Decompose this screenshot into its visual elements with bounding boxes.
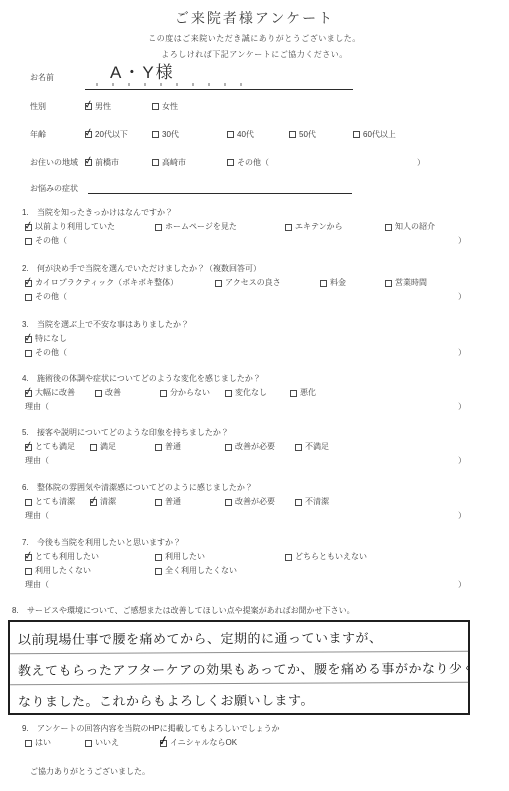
- checkbox-option[interactable]: 悪化: [290, 386, 316, 400]
- checkbox-option[interactable]: 特になし: [25, 332, 67, 346]
- checkbox-option[interactable]: 20代以下: [85, 129, 152, 140]
- question-text: 当院を選ぶ上で不安な事はありましたか？: [37, 318, 189, 332]
- checkbox-icon[interactable]: [25, 238, 32, 245]
- checkbox-label: 知人の紹介: [395, 220, 435, 234]
- question-6: 6. 整体院の雰囲気や清潔感についてどのように感じましたか？ とても清潔 清潔 …: [22, 481, 466, 523]
- checkbox-label: その他（: [35, 234, 67, 248]
- checkbox-icon[interactable]: [385, 280, 392, 287]
- checkbox-label: はい: [35, 736, 51, 750]
- checkbox-icon[interactable]: [90, 499, 97, 506]
- checkbox-option[interactable]: 全く利用したくない: [155, 564, 237, 578]
- checkbox-icon[interactable]: [25, 554, 32, 561]
- checkbox-icon[interactable]: [25, 350, 32, 357]
- checkbox-option[interactable]: 30代: [152, 129, 227, 140]
- symptom-label: お悩みの症状: [30, 183, 78, 194]
- checkbox-option[interactable]: 普通: [155, 440, 225, 454]
- checkbox-option[interactable]: 分からない: [160, 386, 225, 400]
- checkbox-option[interactable]: 知人の紹介: [385, 220, 435, 234]
- checkbox-label: エキテンから: [295, 220, 343, 234]
- checkbox-option[interactable]: 不満足: [295, 440, 329, 454]
- question-text-row: 6. 整体院の雰囲気や清潔感についてどのように感じましたか？: [22, 481, 466, 495]
- checkbox-option[interactable]: とても清潔: [25, 495, 90, 509]
- question-number: 9.: [22, 722, 37, 736]
- checkbox-option[interactable]: 利用したくない: [25, 564, 155, 578]
- checkbox-label: とても清潔: [35, 495, 75, 509]
- close-paren: ）: [458, 400, 466, 414]
- checkbox-icon[interactable]: [155, 224, 162, 231]
- checkbox-icon[interactable]: [25, 224, 32, 231]
- checkbox-icon[interactable]: [155, 568, 162, 575]
- checkbox-label: とても利用したい: [35, 550, 99, 564]
- checkbox-icon[interactable]: [295, 444, 302, 451]
- checkbox-icon[interactable]: [152, 159, 159, 166]
- other-row: その他（ ）: [25, 346, 466, 360]
- checkbox-icon[interactable]: [90, 444, 97, 451]
- checkbox-icon[interactable]: [155, 444, 162, 451]
- checkbox-option[interactable]: 利用したい: [155, 550, 285, 564]
- question-text-row: 4. 施術後の体調や症状についてどのような変化を感じましたか？: [22, 372, 466, 386]
- checkbox-label: どちらともいえない: [295, 550, 367, 564]
- header-subtitle-2: よろしければ下記アンケートにご協力ください。: [0, 49, 509, 60]
- handwritten-comment-line-1: 以前現場仕事で腰を痛めてから、定期的に通っていますが、: [10, 621, 468, 654]
- close-paren: ）: [458, 290, 466, 304]
- checkbox-label: その他（: [237, 157, 269, 168]
- checkbox-label: とても満足: [35, 440, 75, 454]
- checkbox-label: 60代以上: [363, 129, 396, 140]
- checkbox-icon[interactable]: [85, 131, 92, 138]
- options-row: とても満足 満足 普通 改善が必要 不満足: [25, 440, 466, 454]
- checkbox-option[interactable]: 改善: [95, 386, 160, 400]
- reason-label: 理由（: [25, 454, 49, 468]
- checkbox-label: 清潔: [100, 495, 116, 509]
- checkbox-icon[interactable]: [25, 499, 32, 506]
- checkbox-option[interactable]: はい: [25, 736, 85, 750]
- checkbox-icon[interactable]: [227, 131, 234, 138]
- checkbox-option[interactable]: その他（: [25, 234, 67, 248]
- checkbox-icon[interactable]: [160, 390, 167, 397]
- checkbox-option[interactable]: 改善が必要: [225, 440, 295, 454]
- checkbox-option[interactable]: 満足: [90, 440, 155, 454]
- checkbox-icon[interactable]: [225, 444, 232, 451]
- checkbox-icon[interactable]: [225, 499, 232, 506]
- question-7: 7. 今後も当院を利用したいと思いますか？ とても利用したい 利用したい どちら…: [22, 536, 466, 592]
- gender-label: 性別: [30, 101, 85, 112]
- reason-row: 理由（ ）: [25, 454, 466, 468]
- checkbox-icon[interactable]: [25, 336, 32, 343]
- question-text-row: 8. サービスや環境について、ご感想または改善してほしい点や提案があればお聞かせ…: [12, 604, 468, 618]
- checkbox-icon[interactable]: [285, 224, 292, 231]
- reason-row: 理由（ ）: [25, 578, 466, 592]
- options-row: はい いいえ イニシャルならOK: [25, 736, 466, 750]
- checkbox-option[interactable]: 男性: [85, 101, 152, 112]
- comment-box[interactable]: 以前現場仕事で腰を痛めてから、定期的に通っていますが、 教えてもらったアフターケ…: [8, 620, 470, 715]
- checkbox-label: 男性: [95, 101, 111, 112]
- checkbox-label: 営業時間: [395, 276, 427, 290]
- question-text: サービスや環境について、ご感想または改善してほしい点や提案があればお聞かせ下さい…: [27, 604, 355, 618]
- page-title: ご来院者様アンケート: [0, 8, 509, 28]
- checkbox-icon[interactable]: [25, 444, 32, 451]
- checkbox-icon[interactable]: [152, 103, 159, 110]
- checkbox-icon[interactable]: [85, 103, 92, 110]
- checkbox-label: 満足: [100, 440, 116, 454]
- checkbox-label: 料金: [330, 276, 346, 290]
- question-text-row: 7. 今後も当院を利用したいと思いますか？: [22, 536, 466, 550]
- question-text: 何が決め手で当院を選んでいただけましたか？（複数回答可）: [37, 262, 261, 276]
- question-number: 8.: [12, 604, 27, 618]
- age-row: 年齢 20代以下 30代 40代 50代 60代以上: [30, 129, 396, 140]
- reason-label: 理由（: [25, 578, 49, 592]
- checkbox-label: 変化なし: [235, 386, 267, 400]
- redacted-signature-marks: [96, 83, 246, 86]
- checkbox-option[interactable]: エキテンから: [285, 220, 385, 234]
- options-row-2: 利用したくない 全く利用したくない: [25, 564, 466, 578]
- handwritten-comment-line-2: 教えてもらったアフターケアの効果もあってか、腰を痛める事がかなり少く: [10, 652, 468, 685]
- options-row: 大幅に改善 改善 分からない 変化なし 悪化: [25, 386, 466, 400]
- checkbox-icon[interactable]: [160, 740, 167, 747]
- checkbox-label: 改善が必要: [235, 495, 275, 509]
- question-text: 今後も当院を利用したいと思いますか？: [37, 536, 181, 550]
- checkbox-option[interactable]: その他（: [227, 157, 417, 168]
- checkbox-icon[interactable]: [290, 390, 297, 397]
- checkbox-option[interactable]: 50代: [289, 129, 353, 140]
- question-text-row: 2. 何が決め手で当院を選んでいただけましたか？（複数回答可）: [22, 262, 466, 276]
- checkbox-label: 分からない: [170, 386, 210, 400]
- checkbox-option[interactable]: いいえ: [85, 736, 160, 750]
- checkbox-option[interactable]: アクセスの良さ: [215, 276, 320, 290]
- checkbox-label: その他（: [35, 346, 67, 360]
- checkbox-label: 悪化: [300, 386, 316, 400]
- checkbox-label: 不清潔: [305, 495, 329, 509]
- question-text-row: 5. 接客や説明についてどのような印象を持ちましたか？: [22, 426, 466, 440]
- options-row: 特になし: [25, 332, 466, 346]
- checkbox-label: 全く利用したくない: [165, 564, 237, 578]
- checkbox-option[interactable]: その他（: [25, 346, 67, 360]
- question-5: 5. 接客や説明についてどのような印象を持ちましたか？ とても満足 満足 普通 …: [22, 426, 466, 468]
- checkbox-label: 以前より利用していた: [35, 220, 115, 234]
- other-row: その他（ ）: [25, 234, 466, 248]
- checkbox-icon[interactable]: [285, 554, 292, 561]
- checkbox-icon[interactable]: [85, 740, 92, 747]
- checkbox-label: 30代: [162, 129, 179, 140]
- close-paren: ）: [458, 234, 466, 248]
- checkbox-option[interactable]: 60代以上: [353, 129, 396, 140]
- checkbox-icon[interactable]: [25, 740, 32, 747]
- checkbox-icon[interactable]: [25, 294, 32, 301]
- question-text-row: 1. 当院を知ったきっかけはなんですか？: [22, 206, 466, 220]
- reason-label: 理由（: [25, 509, 49, 523]
- name-label: お名前: [30, 72, 54, 83]
- checkbox-option[interactable]: 料金: [320, 276, 385, 290]
- survey-scan-page: { "colors": { "paper": "#ffffff", "ink":…: [0, 0, 509, 791]
- question-text: 整体院の雰囲気や清潔感についてどのように感じましたか？: [37, 481, 253, 495]
- question-4: 4. 施術後の体調や症状についてどのような変化を感じましたか？ 大幅に改善 改善…: [22, 372, 466, 414]
- checkbox-icon[interactable]: [215, 280, 222, 287]
- checkbox-icon[interactable]: [155, 499, 162, 506]
- checkbox-label: 大幅に改善: [35, 386, 75, 400]
- checkbox-label: 不満足: [305, 440, 329, 454]
- footer-thanks: ご協力ありがとうございました。: [30, 766, 150, 777]
- checkbox-icon[interactable]: [152, 131, 159, 138]
- other-row: その他（ ）: [25, 290, 466, 304]
- checkbox-icon[interactable]: [385, 224, 392, 231]
- checkbox-icon[interactable]: [295, 499, 302, 506]
- reason-row: 理由（ ）: [25, 509, 466, 523]
- checkbox-option[interactable]: 高崎市: [152, 157, 227, 168]
- checkbox-option[interactable]: 前橋市: [85, 157, 152, 168]
- checkbox-label: アクセスの良さ: [225, 276, 281, 290]
- question-text-row: 9. アンケートの回答内容を当院のHPに掲載してもよろしいでしょうか: [22, 722, 466, 736]
- gender-row: 性別 男性 女性: [30, 101, 178, 112]
- area-row: お住いの地域 前橋市 高崎市 その他（ ）: [30, 157, 425, 168]
- handwritten-comment-line-3: なりました。これからもよろしくお願いします。: [10, 683, 468, 716]
- checkbox-icon[interactable]: [225, 390, 232, 397]
- checkbox-icon[interactable]: [25, 280, 32, 287]
- checkbox-label: 普通: [165, 440, 181, 454]
- checkbox-option[interactable]: 改善が必要: [225, 495, 295, 509]
- checkbox-label: その他（: [35, 290, 67, 304]
- checkbox-icon[interactable]: [155, 554, 162, 561]
- question-text: 接客や説明についてどのような印象を持ちましたか？: [37, 426, 229, 440]
- checkbox-icon[interactable]: [227, 159, 234, 166]
- question-2: 2. 何が決め手で当院を選んでいただけましたか？（複数回答可） カイロプラクティ…: [22, 262, 466, 304]
- survey-header: ご来院者様アンケート この度はご来院いただき誠にありがとうございました。 よろし…: [0, 8, 509, 60]
- checkbox-option[interactable]: ホームページを見た: [155, 220, 285, 234]
- age-label: 年齢: [30, 129, 85, 140]
- checkbox-label: 女性: [162, 101, 178, 112]
- area-other-close-paren: ）: [417, 157, 425, 168]
- checkbox-option[interactable]: 営業時間: [385, 276, 427, 290]
- reason-label: 理由（: [25, 400, 49, 414]
- checkbox-icon[interactable]: [289, 131, 296, 138]
- checkbox-option[interactable]: 大幅に改善: [25, 386, 95, 400]
- question-text: 施術後の体調や症状についてどのような変化を感じましたか？: [37, 372, 261, 386]
- checkbox-option[interactable]: とても満足: [25, 440, 90, 454]
- name-underline: [85, 89, 353, 90]
- options-row: とても清潔 清潔 普通 改善が必要 不清潔: [25, 495, 466, 509]
- close-paren: ）: [458, 509, 466, 523]
- question-9: 9. アンケートの回答内容を当院のHPに掲載してもよろしいでしょうか はい いい…: [22, 722, 466, 750]
- close-paren: ）: [458, 454, 466, 468]
- question-1: 1. 当院を知ったきっかけはなんですか？ 以前より利用していた ホームページを見…: [22, 206, 466, 248]
- symptom-underline[interactable]: [88, 193, 352, 194]
- checkbox-label: 特になし: [35, 332, 67, 346]
- checkbox-option[interactable]: 普通: [155, 495, 225, 509]
- checkbox-label: いいえ: [95, 736, 119, 750]
- question-text-row: 3. 当院を選ぶ上で不安な事はありましたか？: [22, 318, 466, 332]
- checkbox-label: イニシャルならOK: [170, 736, 237, 750]
- checkbox-label: 普通: [165, 495, 181, 509]
- checkbox-label: カイロプラクティック（ボキボキ整体）: [35, 276, 178, 290]
- checkbox-option[interactable]: 40代: [227, 129, 289, 140]
- checkbox-option[interactable]: 清潔: [90, 495, 155, 509]
- checkbox-label: 高崎市: [162, 157, 186, 168]
- question-number: 6.: [22, 481, 37, 495]
- checkbox-option[interactable]: 女性: [152, 101, 178, 112]
- checkbox-icon[interactable]: [25, 390, 32, 397]
- area-label: お住いの地域: [30, 157, 85, 168]
- options-row: とても利用したい 利用したい どちらともいえない: [25, 550, 466, 564]
- checkbox-label: 20代以下: [95, 129, 128, 140]
- checkbox-label: ホームページを見た: [165, 220, 237, 234]
- checkbox-option[interactable]: 不清潔: [295, 495, 329, 509]
- options-row: カイロプラクティック（ボキボキ整体） アクセスの良さ 料金 営業時間: [25, 276, 466, 290]
- checkbox-label: 40代: [237, 129, 254, 140]
- close-paren: ）: [458, 578, 466, 592]
- checkbox-icon[interactable]: [320, 280, 327, 287]
- name-value: A・Y様: [110, 58, 175, 83]
- checkbox-label: 前橋市: [95, 157, 119, 168]
- question-3: 3. 当院を選ぶ上で不安な事はありましたか？ 特になし その他（ ）: [22, 318, 466, 360]
- checkbox-icon[interactable]: [353, 131, 360, 138]
- header-subtitle-1: この度はご来院いただき誠にありがとうございました。: [0, 33, 509, 44]
- checkbox-icon[interactable]: [25, 568, 32, 575]
- checkbox-option[interactable]: とても利用したい: [25, 550, 155, 564]
- checkbox-icon[interactable]: [95, 390, 102, 397]
- checkbox-option[interactable]: 変化なし: [225, 386, 290, 400]
- checkbox-label: 改善: [105, 386, 121, 400]
- checkbox-icon[interactable]: [85, 159, 92, 166]
- question-text: 当院を知ったきっかけはなんですか？: [37, 206, 173, 220]
- checkbox-label: 利用したい: [165, 550, 205, 564]
- checkbox-option[interactable]: どちらともいえない: [285, 550, 367, 564]
- checkbox-label: 利用したくない: [35, 564, 91, 578]
- reason-row: 理由（ ）: [25, 400, 466, 414]
- close-paren: ）: [458, 346, 466, 360]
- checkbox-option[interactable]: その他（: [25, 290, 67, 304]
- checkbox-option[interactable]: イニシャルならOK: [160, 736, 237, 750]
- checkbox-option[interactable]: カイロプラクティック（ボキボキ整体）: [25, 276, 215, 290]
- checkbox-label: 50代: [299, 129, 316, 140]
- checkbox-option[interactable]: 以前より利用していた: [25, 220, 155, 234]
- question-8: 8. サービスや環境について、ご感想または改善してほしい点や提案があればお聞かせ…: [12, 604, 468, 618]
- options-row: 以前より利用していた ホームページを見た エキテンから 知人の紹介: [25, 220, 466, 234]
- checkbox-label: 改善が必要: [235, 440, 275, 454]
